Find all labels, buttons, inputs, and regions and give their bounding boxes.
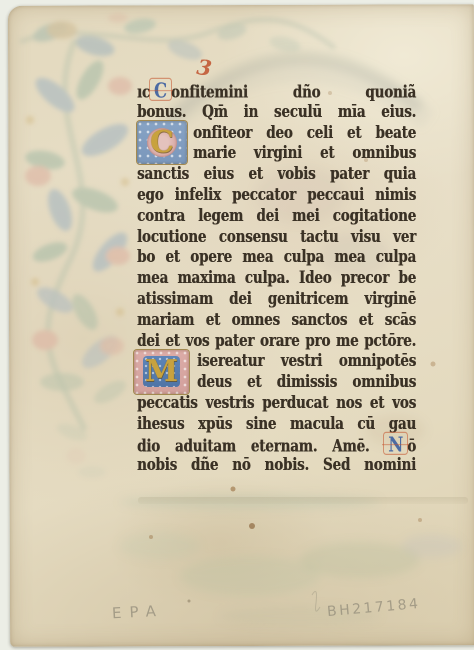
initial-letter: C (150, 128, 174, 158)
ruling-band (138, 497, 468, 504)
initial-letter: M (145, 357, 178, 387)
text-line: nobis dñe nō nobis. Sed nomini (137, 453, 416, 478)
line-initial: C (152, 79, 169, 102)
text-block: ıcConfitemini dño quoniã bonus. Qm̄ in s… (137, 79, 416, 474)
pencil-annotation-epa: EPA (112, 602, 165, 623)
manuscript-photo: 3 C M ıcConfitemini dño quoniã bonus. Qm… (0, 0, 474, 650)
